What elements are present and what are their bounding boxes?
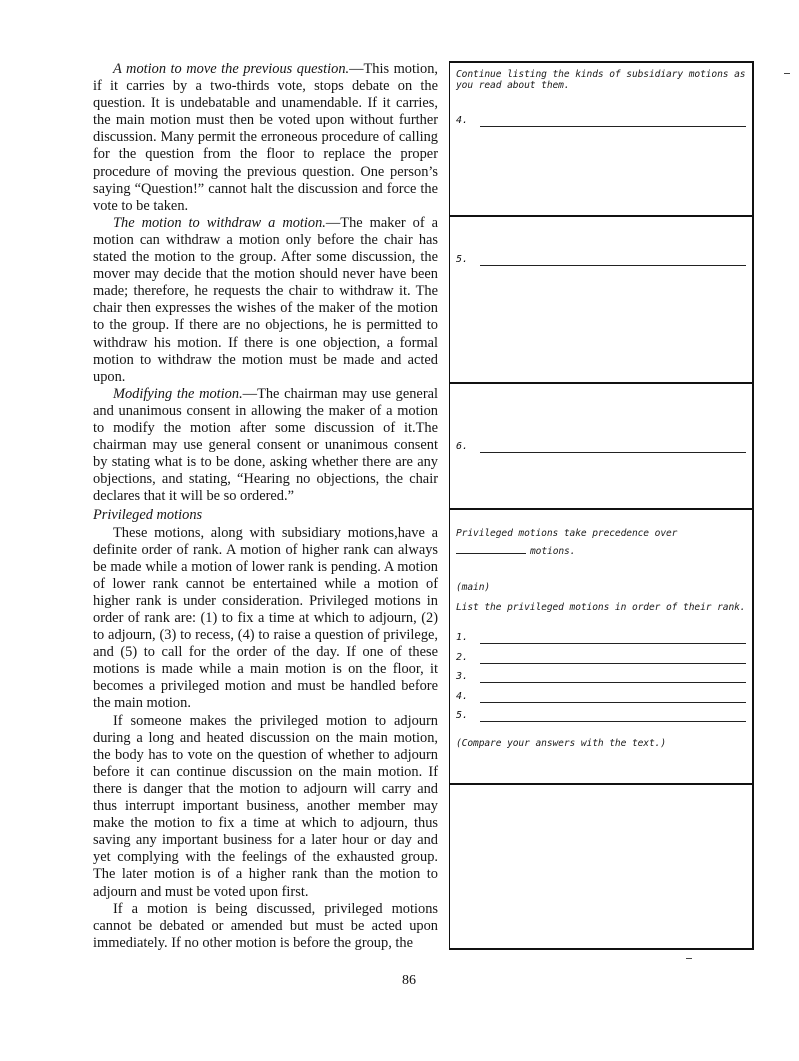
list-answer-row[interactable]: 2. bbox=[456, 650, 746, 664]
answer-blank[interactable] bbox=[480, 702, 746, 703]
paragraph-debate: If a motion is being discussed, privileg… bbox=[93, 901, 438, 952]
paragraph-modifying-motion: Modifying the motion.—The chairman may u… bbox=[93, 386, 438, 506]
frame2-answer-row[interactable]: 5. bbox=[456, 252, 746, 266]
frame-3: 6. bbox=[450, 384, 752, 510]
heading-withdraw-motion: The motion to withdraw a motion. bbox=[113, 215, 326, 231]
list-answer-row[interactable]: 3. bbox=[456, 669, 746, 683]
frame4-list-prompt: List the privileged motions in order of … bbox=[456, 602, 750, 613]
answer-blank[interactable] bbox=[480, 265, 746, 266]
answer-blank[interactable] bbox=[480, 663, 746, 664]
answer-blank[interactable] bbox=[480, 682, 746, 683]
frame1-answer-row[interactable]: 4. bbox=[456, 113, 746, 127]
answer-blank[interactable] bbox=[480, 126, 746, 127]
item-number: 5. bbox=[456, 254, 468, 265]
frame4-answer: (main) bbox=[456, 582, 490, 593]
paragraph-withdraw-motion: The motion to withdraw a motion.—The mak… bbox=[93, 215, 438, 386]
item-number: 1. bbox=[456, 632, 468, 643]
list-answer-row[interactable]: 5. bbox=[456, 708, 746, 722]
page-number: 86 bbox=[402, 973, 432, 989]
main-text-column: A motion to move the previous question.—… bbox=[93, 61, 438, 952]
list-answer-row[interactable]: 1. bbox=[456, 630, 746, 644]
frame-5 bbox=[450, 785, 752, 948]
frame-2: 5. bbox=[450, 217, 752, 384]
scan-mark bbox=[784, 73, 790, 74]
answer-blank[interactable] bbox=[480, 452, 746, 453]
frame4-prompt-line1: Privileged motions take precedence over bbox=[456, 528, 677, 539]
frame3-answer-row[interactable]: 6. bbox=[456, 439, 746, 453]
heading-modifying-motion: Modifying the motion. bbox=[113, 386, 243, 402]
frame-1: Continue listing the kinds of subsidiary… bbox=[450, 63, 752, 217]
paragraph-adjourn: If someone makes the privileged motion t… bbox=[93, 713, 438, 901]
answer-blank[interactable] bbox=[456, 553, 526, 554]
item-number: 4. bbox=[456, 691, 468, 702]
answer-blank[interactable] bbox=[480, 643, 746, 644]
subheading-privileged-motions: Privileged motions bbox=[93, 507, 438, 524]
frame4-prompt-line2: motions. bbox=[456, 546, 575, 557]
item-number: 6. bbox=[456, 441, 468, 452]
item-number: 5. bbox=[456, 710, 468, 721]
item-number: 2. bbox=[456, 652, 468, 663]
item-number: 3. bbox=[456, 671, 468, 682]
frame1-prompt: Continue listing the kinds of subsidiary… bbox=[456, 69, 746, 91]
frame-4: Privileged motions take precedence over … bbox=[450, 510, 752, 785]
heading-previous-question: A motion to move the previous question. bbox=[113, 61, 349, 77]
answer-blank[interactable] bbox=[480, 721, 746, 722]
list-answer-row[interactable]: 4. bbox=[456, 689, 746, 703]
paragraph-privileged-rank: These motions, along with subsidiary mot… bbox=[93, 525, 438, 713]
item-number: 4. bbox=[456, 115, 468, 126]
frame4-footer: (Compare your answers with the text.) bbox=[456, 738, 666, 749]
paragraph-previous-question: A motion to move the previous question.—… bbox=[93, 61, 438, 215]
workbook-column: Continue listing the kinds of subsidiary… bbox=[449, 61, 754, 950]
scan-mark bbox=[686, 958, 692, 959]
